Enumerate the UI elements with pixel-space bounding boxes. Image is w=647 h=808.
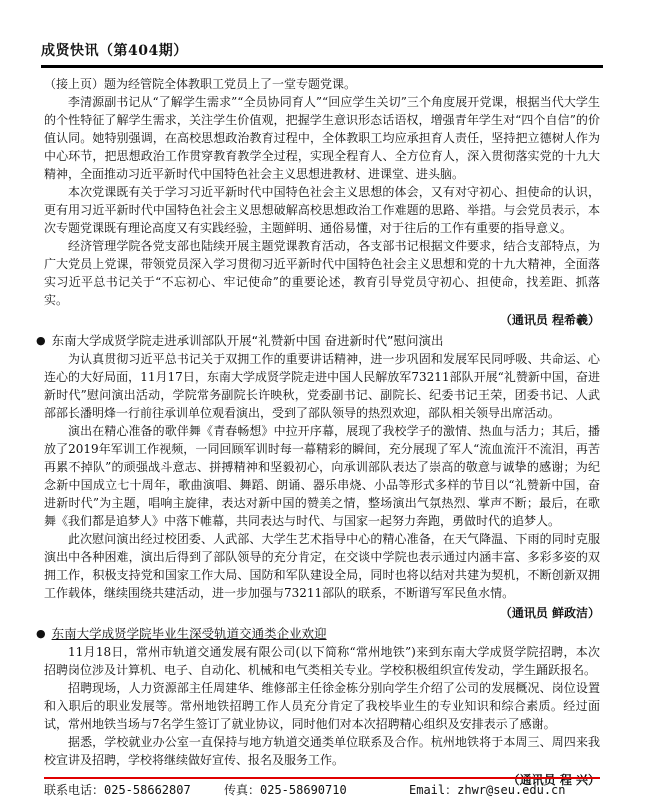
- article-paragraph: 招聘现场，人力资源部主任周建华、维修部主任徐金栋分别向学生介绍了公司的发展概况、…: [44, 679, 600, 733]
- article-title: 东南大学成贤学院走进承训部队开展“礼赞新中国 奋进新时代”慰问演出: [52, 332, 444, 350]
- article-byline: （通讯员 程希羲）: [44, 311, 600, 329]
- article-metro-recruitment: ● 东南大学成贤学院毕业生深受轨道交通类企业欢迎 11月18日，常州市轨道交通发…: [44, 625, 600, 789]
- article-byline: （通讯员 鲜政洁）: [44, 604, 600, 622]
- article-military-performance: ● 东南大学成贤学院走进承训部队开展“礼赞新中国 奋进新时代”慰问演出 为认真贯…: [44, 332, 600, 622]
- article-paragraph: 演出在精心准备的歌伴舞《青春畅想》中拉开序幕，展现了我校学子的激情、热血与活力；…: [44, 422, 600, 530]
- article-continued: （接上页）题为经管院全体教职工党员上了一堂专题党课。 李清源副书记从“了解学生需…: [44, 75, 600, 329]
- bullet-icon: ●: [36, 332, 46, 350]
- contact-email[interactable]: Email：zhwr@seu.edu.cn: [409, 781, 566, 798]
- article-paragraph: 据悉，学校就业办公室一直保持与地方轨道交通类单位联系及合作。杭州地铁将于本周三、…: [44, 733, 600, 769]
- article-paragraph: 为认真贯彻习近平总书记关于双拥工作的重要讲话精神，进一步巩固和发展军民同呼吸、共…: [44, 350, 600, 422]
- article-paragraph: 经济管理学院各党支部也陆续开展主题党课教育活动，各支部书记根据文件要求，结合支部…: [44, 237, 600, 309]
- article-heading: ● 东南大学成贤学院毕业生深受轨道交通类企业欢迎: [36, 625, 600, 643]
- header-divider: [41, 65, 603, 68]
- bullet-icon: ●: [36, 625, 46, 643]
- article-paragraph: （接上页）题为经管院全体教职工党员上了一堂专题党课。: [44, 75, 600, 93]
- article-paragraph: 此次慰问演出经过校团委、人武部、大学生艺术指导中心的精心准备，在天气降温、下雨的…: [44, 530, 600, 602]
- contact-phone: 联系电话：025-58662807: [44, 781, 224, 798]
- article-paragraph: 11月18日，常州市轨道交通发展有限公司(以下简称“常州地铁”)来到东南大学成贤…: [44, 643, 600, 679]
- newsletter-body: （接上页）题为经管院全体教职工党员上了一堂专题党课。 李清源副书记从“了解学生需…: [44, 75, 600, 789]
- footer-divider: [44, 777, 600, 779]
- article-heading: ● 东南大学成贤学院走进承训部队开展“礼赞新中国 奋进新时代”慰问演出: [36, 332, 600, 350]
- contact-fax: 传真：025-58690710: [224, 781, 409, 798]
- article-title: 东南大学成贤学院毕业生深受轨道交通类企业欢迎: [52, 625, 327, 643]
- article-paragraph: 李清源副书记从“了解学生需求”“全员协同育人”“回应学生关切”三个角度展开党课，…: [44, 93, 600, 183]
- newsletter-title: 成贤快讯（第404期）: [41, 40, 188, 60]
- contact-footer: 联系电话：025-58662807 传真：025-58690710 Email：…: [44, 781, 600, 798]
- article-paragraph: 本次党课既有关于学习习近平新时代中国特色社会主义思想的体会，又有对守初心、担使命…: [44, 183, 600, 237]
